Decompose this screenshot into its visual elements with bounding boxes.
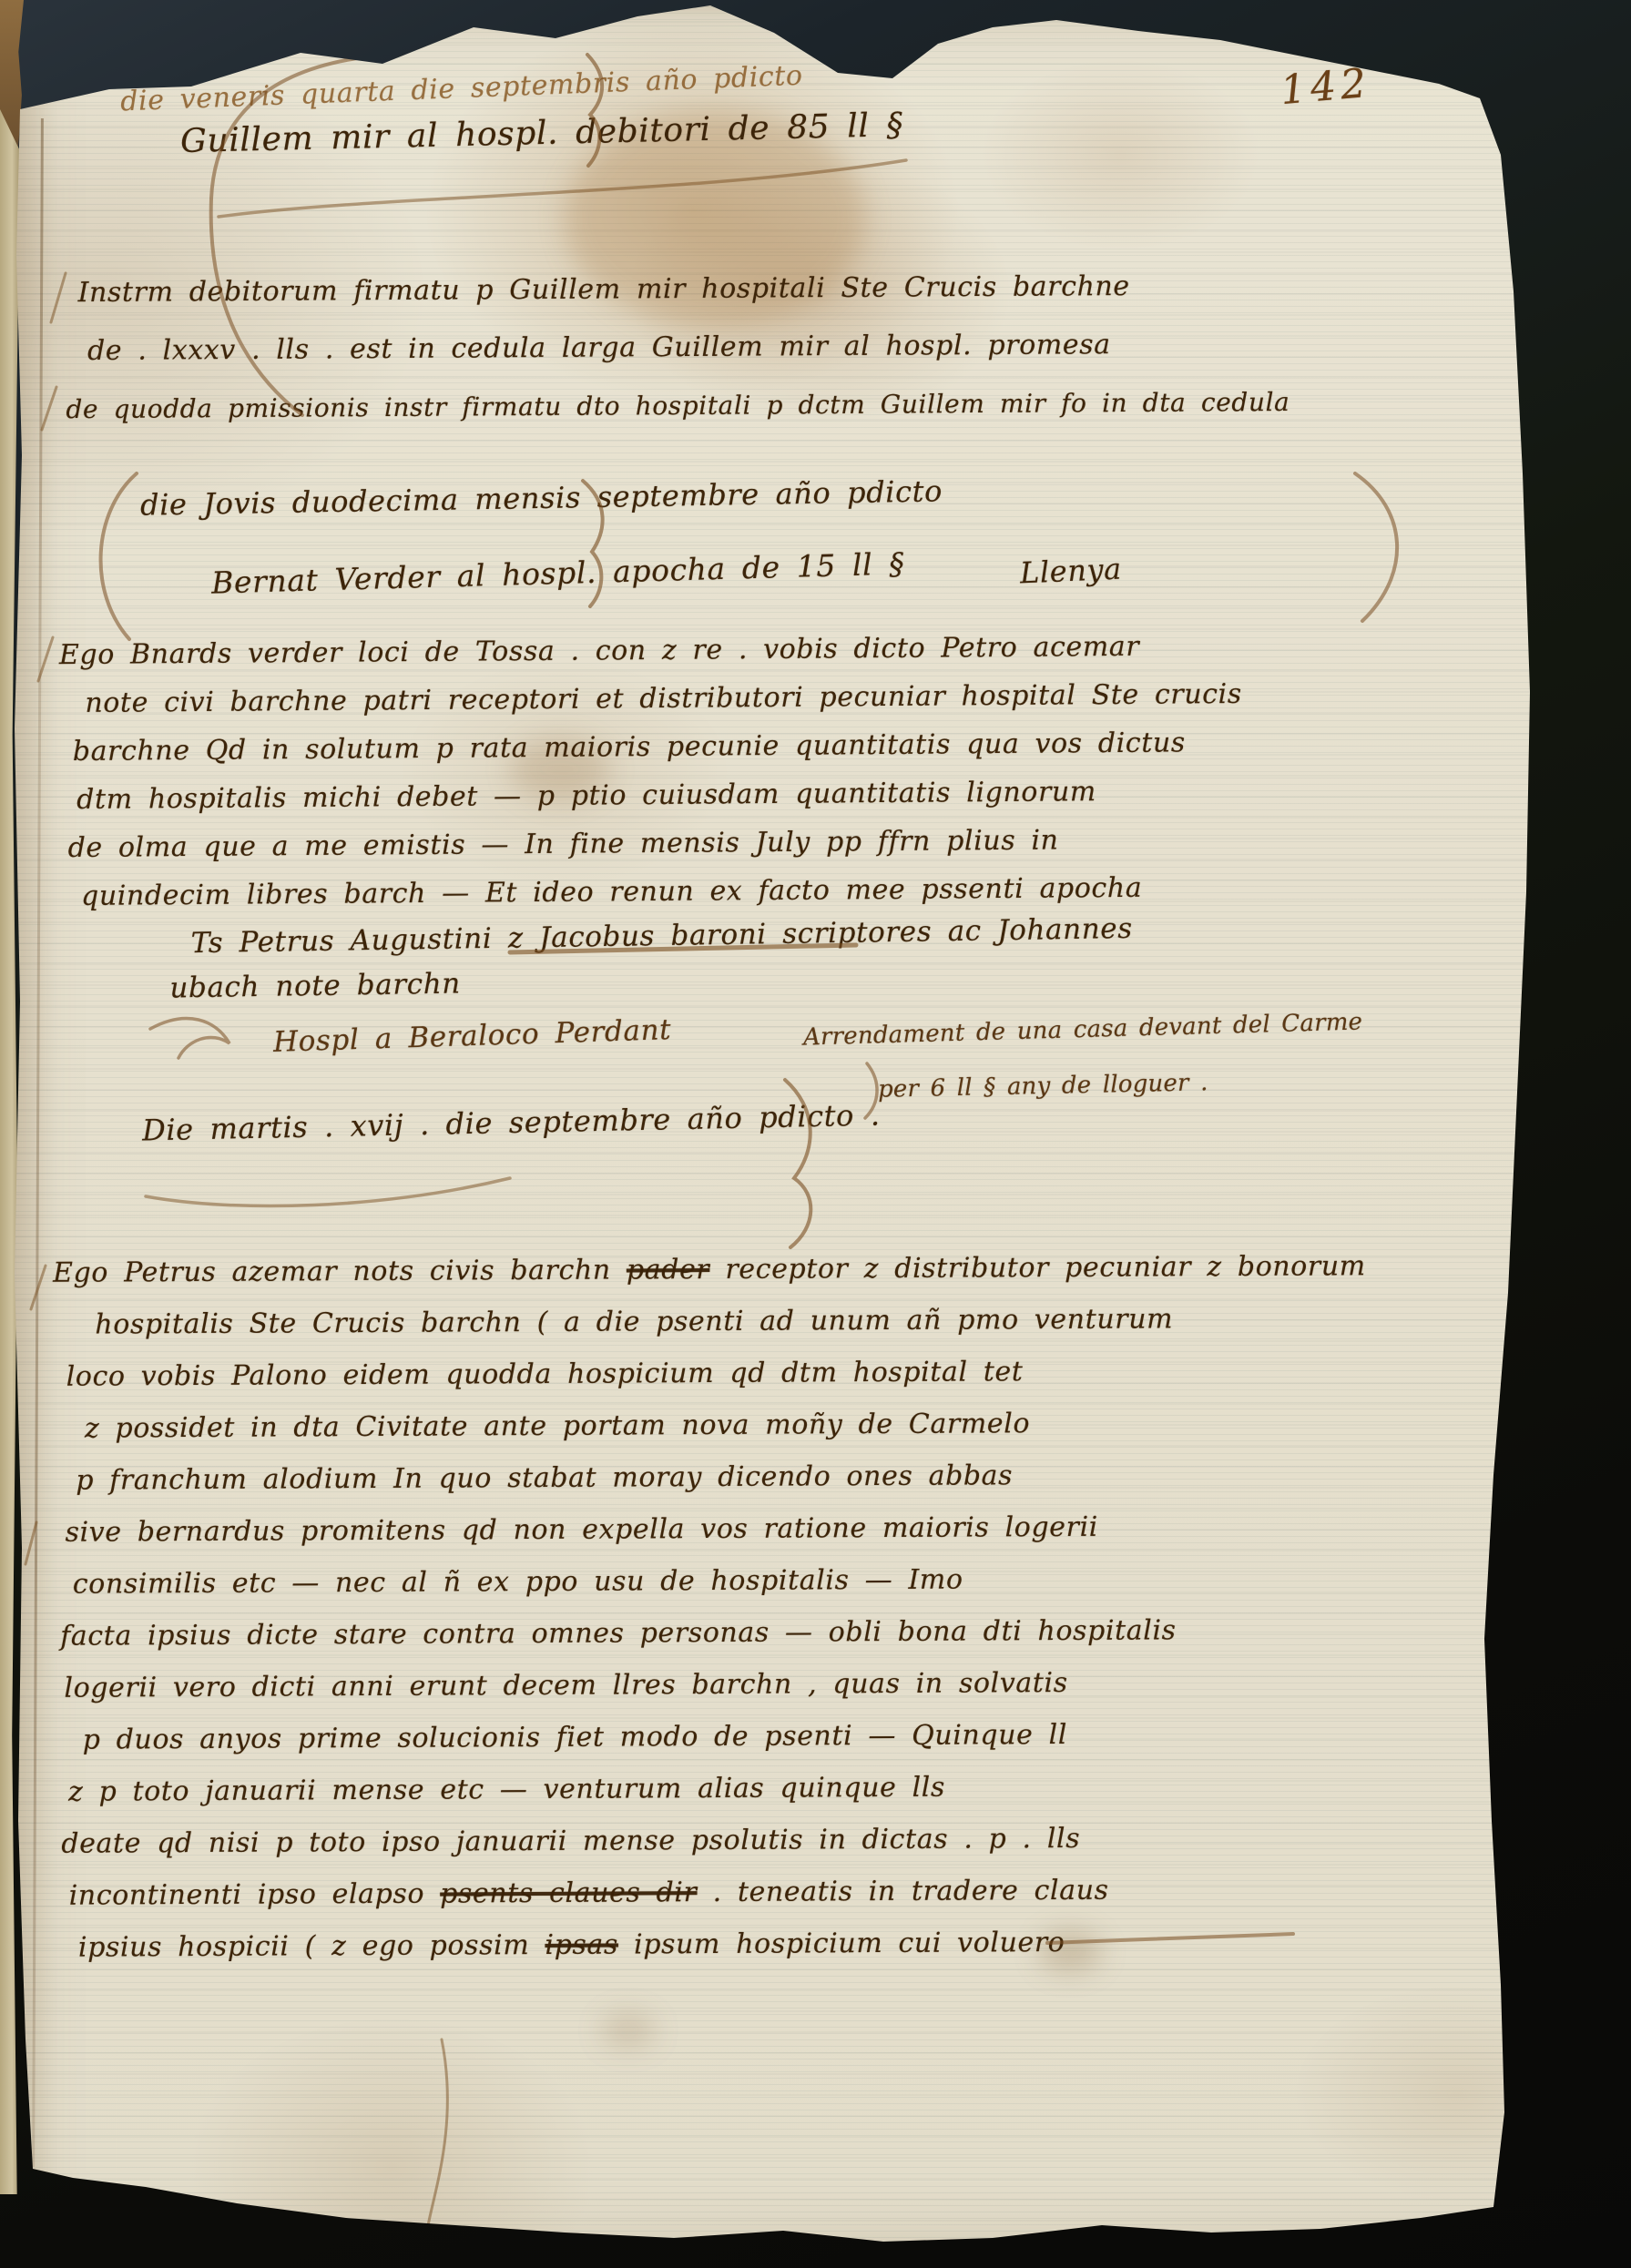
manuscript-line: sive bernardus promitens qd non expella … <box>65 1500 1367 1558</box>
manuscript-line: deate qd nisi p toto ipso januarii mense… <box>61 1811 1369 1870</box>
manuscript-page: 142 die veneris quarta die septembris añ… <box>0 0 1631 2268</box>
entry1-paragraph: Instrm debitorum firmatu p Guillem mir h… <box>77 257 1290 439</box>
flourish-right-curl <box>1355 473 1397 621</box>
entry2-margin-note: Llenya <box>1019 552 1122 591</box>
struck-text: pader <box>627 1254 710 1286</box>
entry3-paragraph: Ego Petrus azemar nots civis barchn pade… <box>53 1240 1370 1974</box>
manuscript-scan: 142 die veneris quarta die septembris añ… <box>0 0 1631 2268</box>
flourish-date2-underline <box>146 1178 510 1206</box>
manuscript-line: facta ipsius dicte stare contra omnes pe… <box>60 1603 1368 1663</box>
entry2-witness-clause: Ts Petrus Augustini z Jacobus baroni scr… <box>190 907 1134 1011</box>
flourish-entry3-curl <box>150 1019 229 1058</box>
manuscript-line: loco vobis Palono eidem quodda hospicium… <box>66 1344 1367 1402</box>
struck-text: psents claues dir <box>440 1876 697 1909</box>
margin-tick <box>51 273 66 322</box>
flourish-date-paren <box>101 473 137 639</box>
entry3-side-note: Arrendament de una casa devant del Carme <box>803 1008 1363 1051</box>
manuscript-line: consimilis etc — nec al ñ ex ppo usu de … <box>73 1551 1368 1610</box>
line-segment: ipsius hospicii ( z ego possim <box>78 1929 545 1964</box>
struck-text: ipsas <box>545 1929 618 1961</box>
margin-tick <box>42 387 56 430</box>
manuscript-line: p duos anyos prime solucionis fiet modo … <box>83 1707 1369 1765</box>
flourish-title-underline <box>219 160 906 217</box>
manuscript-line: hospitalis Ste Crucis barchn ( a die pse… <box>95 1292 1366 1350</box>
line-segment: receptor z distributor pecuniar z bonoru… <box>709 1250 1366 1286</box>
manuscript-line: de . lxxxv . lls . est in cedula larga G… <box>87 315 1290 381</box>
ink-stain <box>601 2012 656 2049</box>
entry2-title: Bernat Verder al hospl. apocha de 15 ll … <box>211 545 905 600</box>
folio-number: 142 <box>1279 60 1372 114</box>
entry2-paragraph: Ego Bnards verder loci de Tossa . con z … <box>59 622 1244 920</box>
entry2-date-line: die Jovis duodecima mensis septembre año… <box>140 473 943 522</box>
manuscript-line: z possidet in dta Civitate ante portam n… <box>85 1396 1367 1454</box>
line-segment: incontinenti ipso elapso <box>69 1878 441 1912</box>
entry3-date-line: Die martis . xvij . die septembre año pd… <box>142 1098 881 1148</box>
manuscript-line: z p toto januarii mense etc — venturum a… <box>68 1759 1369 1817</box>
entry3-title: Hospl a Beraloco Perdant <box>273 1013 672 1059</box>
line-segment: . teneatis in tradere claus <box>697 1875 1108 1908</box>
manuscript-line: logerii vero dicti anni erunt decem llre… <box>64 1655 1368 1714</box>
page-crease <box>32 118 44 2167</box>
entry1-heading: die veneris quarta die septembris año pd… <box>120 60 804 118</box>
manuscript-line: incontinenti ipso elapso psents claues d… <box>69 1863 1370 1921</box>
manuscript-line: Ego Petrus azemar nots civis barchn pade… <box>53 1240 1366 1299</box>
line-segment: Ego Petrus azemar nots civis barchn <box>53 1254 627 1288</box>
flourish-descender-tail <box>426 2039 447 2236</box>
manuscript-line: Instrm debitorum firmatu p Guillem mir h… <box>77 257 1289 322</box>
manuscript-line: de quodda pmissionis instr firmatu dto h… <box>66 373 1290 439</box>
manuscript-line: ipsius hospicii ( z ego possim ipsas ips… <box>78 1915 1370 1973</box>
manuscript-line: p franchum alodium In quo stabat moray d… <box>76 1448 1367 1506</box>
entry1-title: Guillem mir al hospl. debitori de 85 ll … <box>180 107 904 160</box>
line-segment: ipsum hospicium cui voluero <box>618 1927 1065 1961</box>
manuscript-line: dtm hospitalis michi debet — p ptio cuiu… <box>76 767 1243 824</box>
entry3-side-note: per 6 ll § any de lloguer . <box>878 1069 1208 1103</box>
